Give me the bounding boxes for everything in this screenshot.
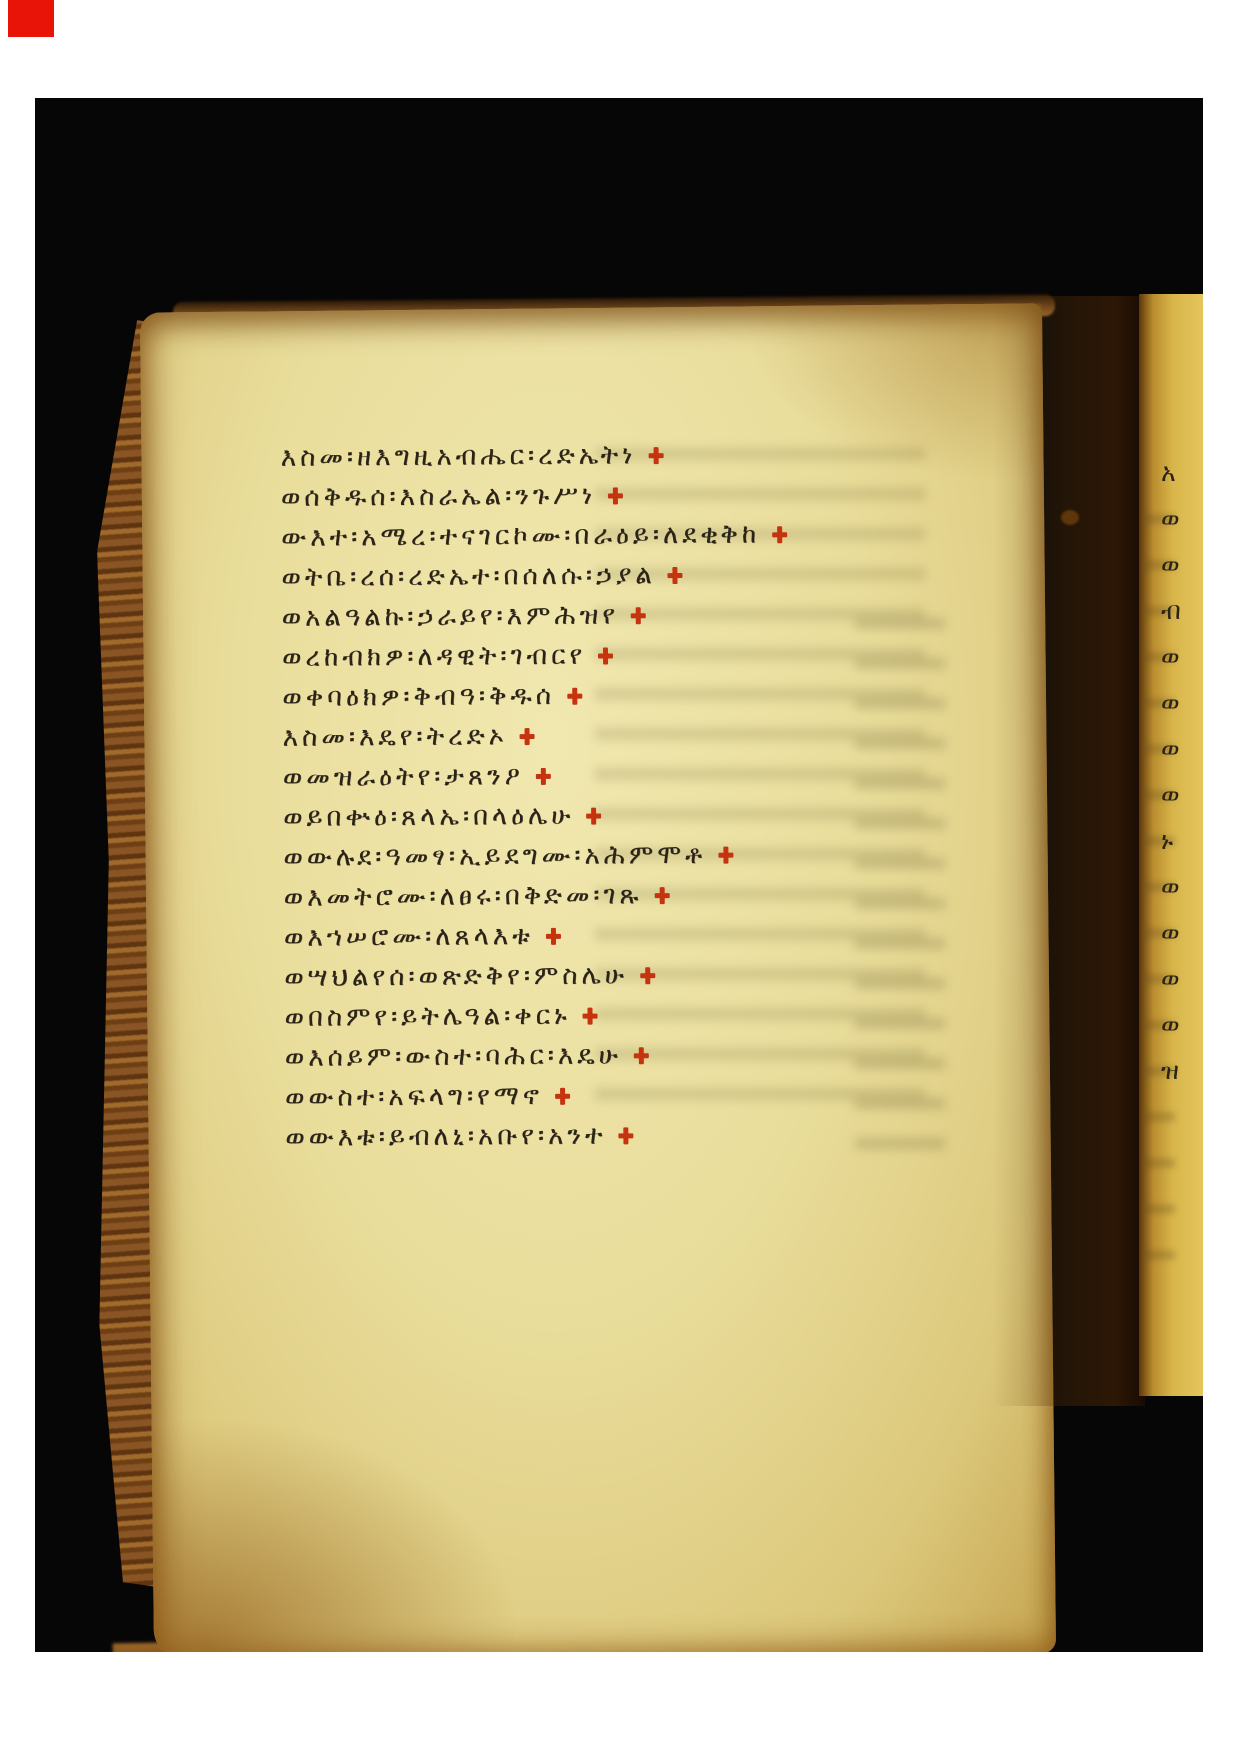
line-text: ውእተ፡አሜረ፡ተናገርኮሙ፡በራዕይ፡ለደቂቅከ	[281, 519, 760, 553]
marginal-glyph: ዝ	[1161, 1048, 1203, 1094]
marginal-glyph: ወ	[1161, 772, 1203, 818]
line-text: ወእሰይም፡ውስተ፡ባሕር፡እዴሁ	[285, 1040, 622, 1073]
rubric-cross-icon	[586, 807, 601, 824]
line-text: ወሣህልየሰ፡ወጽድቅየ፡ምስሌሁ	[284, 960, 628, 993]
parchment-stain	[152, 1419, 514, 1652]
rubric-cross-icon	[668, 566, 683, 583]
rubric-cross-icon	[598, 647, 613, 664]
text-line: ወእሰይም፡ውስተ፡ባሕር፡እዴሁ	[285, 1034, 791, 1078]
text-line: ወእኀሠሮሙ፡ለጸላእቱ	[284, 914, 790, 958]
line-text: ወመዝራዕትየ፡ታጸንዖ	[283, 761, 524, 794]
line-text: ወትቤ፡ረሰ፡ረድኤተ፡በሰለሱ፡ኃያል	[281, 560, 656, 594]
text-block: እስመ፡ዘእግዚአብሔር፡ረድኤትነ ወሰቅዱሰ፡እስራኤል፡ንጉሥነ ውእተ፡…	[280, 434, 791, 1158]
rubric-cross-icon	[634, 1047, 649, 1064]
line-text: ወይበቍዕ፡ጸላኤ፡በላዕሌሁ	[283, 800, 574, 833]
parchment-stain	[1061, 510, 1079, 525]
rubric-cross-icon	[567, 687, 582, 704]
marginal-glyph: ወ	[1161, 956, 1203, 1002]
text-line: ወውእቱ፡ይብለኒ፡አቡየ፡አንተ	[285, 1114, 791, 1158]
line-text: ወውስተ፡አፍላግ፡የማኖ	[285, 1080, 543, 1113]
marginal-glyph: አ	[1161, 450, 1203, 496]
right-page-glyph-column: አ ወ ወ ብ ወ ወ ወ ወ ኑ ወ ወ ወ ወ ዝ	[1161, 450, 1203, 1094]
line-text: ወውሉደ፡ዓመፃ፡ኢይደግሙ፡አሕምሞቶ	[283, 839, 706, 873]
marginal-glyph: ወ	[1161, 726, 1203, 772]
line-text: እስመ፡ዘእግዚአብሔር፡ረድኤትነ	[281, 440, 637, 473]
line-text: ወቀባዕክዎ፡ቅብዓ፡ቅዱሰ	[282, 680, 555, 713]
text-line: ወውስተ፡አፍላግ፡የማኖ	[285, 1074, 791, 1118]
rubric-cross-icon	[555, 1087, 570, 1104]
line-text: ወውእቱ፡ይብለኒ፡አቡየ፡አንተ	[285, 1120, 606, 1153]
gutter-shadow	[993, 296, 1145, 1406]
text-line: ውእተ፡አሜረ፡ተናገርኮሙ፡በራዕይ፡ለደቂቅከ	[281, 514, 787, 558]
text-line: ወረከብክዎ፡ለዳዊት፡ገብርየ	[282, 634, 788, 678]
line-text: ወሰቅዱሰ፡እስራኤል፡ንጉሥነ	[281, 480, 596, 513]
line-text: ወእመትሮሙ፡ለፀሩ፡በቅድመ፡ገጹ	[284, 880, 643, 914]
marginal-glyph: ወ	[1161, 1002, 1203, 1048]
rubric-cross-icon	[536, 767, 551, 784]
rubric-cross-icon	[772, 526, 787, 543]
text-line: ወይበቍዕ፡ጸላኤ፡በላዕሌሁ	[283, 794, 789, 838]
text-line: ወበስምየ፡ይትሌዓል፡ቀርኑ	[284, 994, 790, 1038]
marginal-glyph: ወ	[1161, 864, 1203, 910]
line-text: ወረከብክዎ፡ለዳዊት፡ገብርየ	[282, 640, 586, 673]
line-text: እስመ፡እዴየ፡ትረድኦ	[282, 721, 508, 754]
rubric-cross-icon	[618, 1127, 633, 1144]
rubric-cross-icon	[546, 927, 561, 944]
manuscript-photo: እስመ፡ዘእግዚአብሔር፡ረድኤትነ ወሰቅዱሰ፡እስራኤል፡ንጉሥነ ውእተ፡…	[35, 98, 1203, 1652]
rubric-cross-icon	[648, 447, 663, 464]
text-line: እስመ፡ዘእግዚአብሔር፡ረድኤትነ	[280, 434, 786, 478]
line-text: ወእኀሠሮሙ፡ለጸላእቱ	[284, 921, 534, 954]
marginal-glyph: ወ	[1161, 680, 1203, 726]
text-line: ወሣህልየሰ፡ወጽድቅየ፡ምስሌሁ	[284, 954, 790, 998]
text-line: ወሰቅዱሰ፡እስራኤል፡ንጉሥነ	[281, 474, 787, 518]
marginal-glyph: ወ	[1161, 910, 1203, 956]
rubric-cross-icon	[654, 887, 669, 904]
rubric-cross-icon	[718, 846, 733, 863]
text-line: ወትቤ፡ረሰ፡ረድኤተ፡በሰለሱ፡ኃያል	[281, 554, 787, 598]
text-line: እስመ፡እዴየ፡ትረድኦ	[282, 714, 788, 758]
line-text: ወአልዓልኩ፡ኃራይየ፡እምሕዝየ	[282, 600, 619, 633]
rubric-cross-icon	[583, 1007, 598, 1024]
marginal-glyph: ወ	[1161, 634, 1203, 680]
rubric-cross-icon	[520, 728, 535, 745]
marginal-glyph: ወ	[1161, 542, 1203, 588]
red-corner-marker	[8, 0, 54, 37]
marginal-glyph: ብ	[1161, 588, 1203, 634]
line-text: ወበስምየ፡ይትሌዓል፡ቀርኑ	[284, 1000, 570, 1033]
text-line: ወመዝራዕትየ፡ታጸንዖ	[283, 754, 789, 798]
bleed-through-smudge	[855, 618, 945, 1178]
rubric-cross-icon	[608, 487, 623, 504]
text-line: ወእመትሮሙ፡ለፀሩ፡በቅድመ፡ገጹ	[284, 874, 790, 918]
text-line: ወቀባዕክዎ፡ቅብዓ፡ቅዱሰ	[282, 674, 788, 718]
marginal-glyph: ኑ	[1161, 818, 1203, 864]
text-line: ወአልዓልኩ፡ኃራይየ፡እምሕዝየ	[282, 594, 788, 638]
rubric-cross-icon	[640, 967, 655, 984]
text-line: ወውሉደ፡ዓመፃ፡ኢይደግሙ፡አሕምሞቶ	[283, 834, 789, 878]
marginal-glyph: ወ	[1161, 496, 1203, 542]
rubric-cross-icon	[631, 607, 646, 624]
